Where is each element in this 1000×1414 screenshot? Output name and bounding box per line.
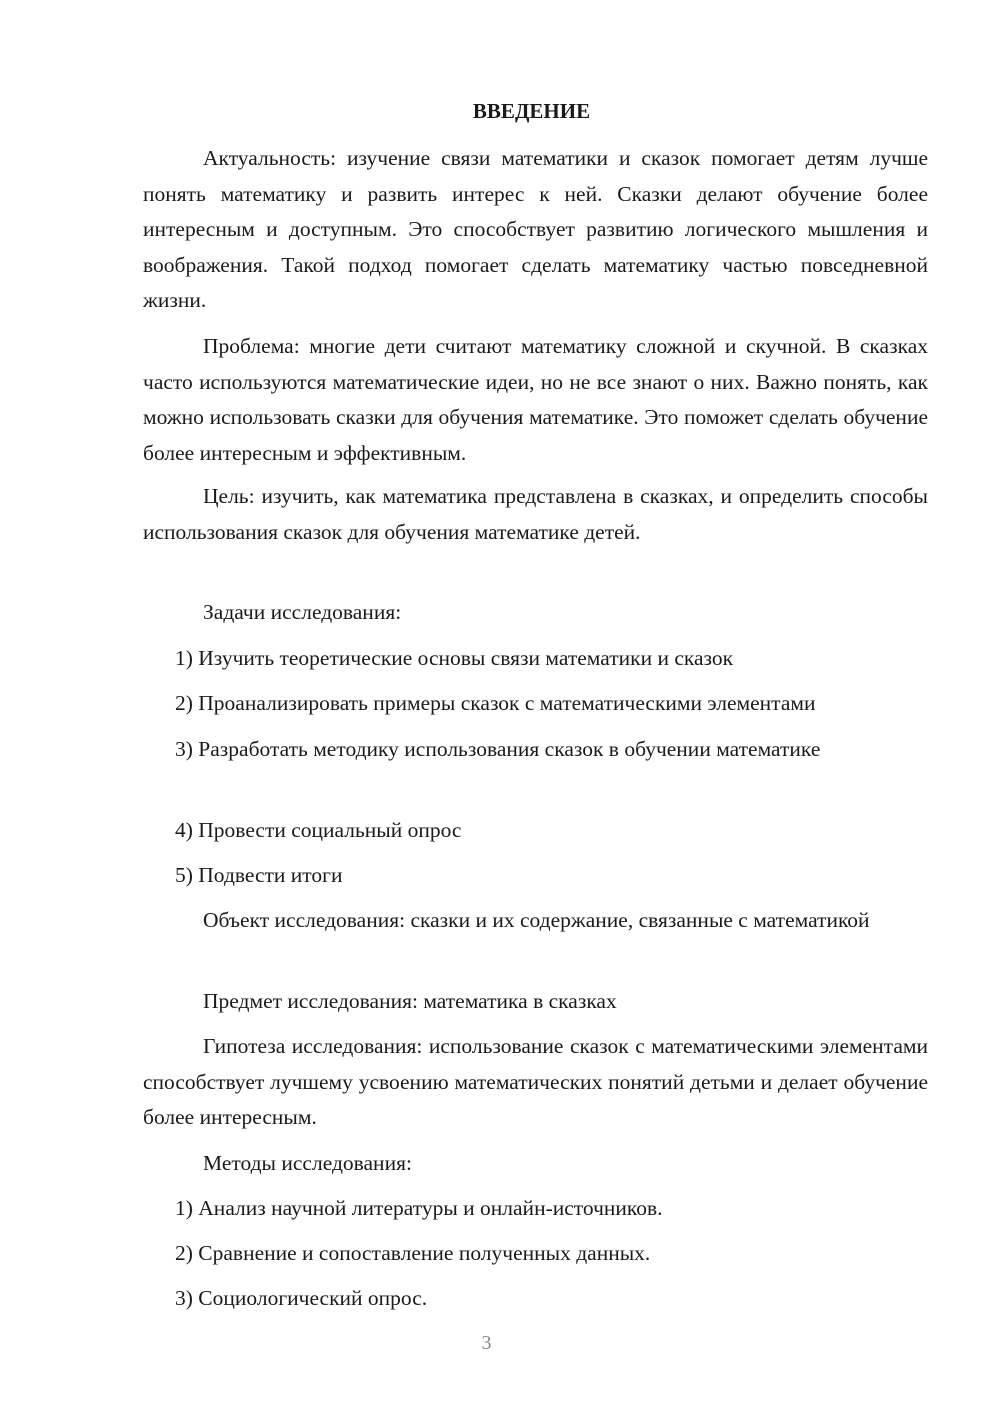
object-paragraph: Объект исследования: сказки и их содержа… [143, 903, 928, 939]
task-item: 1) Изучить теоретические основы связи ма… [175, 641, 928, 677]
task-item: 3) Разработать методику использования ск… [143, 732, 928, 768]
subject-paragraph: Предмет исследования: математика в сказк… [143, 984, 928, 1020]
methods-heading: Методы исследования: [143, 1146, 928, 1182]
problem-paragraph: Проблема: многие дети считают математику… [143, 329, 928, 471]
page-number: 3 [94, 1332, 879, 1355]
method-item: 1) Анализ научной литературы и онлайн-ис… [175, 1191, 928, 1227]
tasks-heading: Задачи исследования: [143, 595, 928, 631]
page-title: ВВЕДЕНИЕ [139, 97, 924, 125]
hypothesis-paragraph: Гипотеза исследования: использование ска… [143, 1029, 928, 1136]
task-item: 2) Проанализировать примеры сказок с мат… [175, 686, 928, 722]
task-item: 4) Провести социальный опрос [175, 813, 928, 849]
method-item: 2) Сравнение и сопоставление полученных … [175, 1236, 928, 1272]
relevance-paragraph: Актуальность: изучение связи математики … [143, 141, 928, 319]
task-item: 5) Подвести итоги [175, 858, 928, 894]
method-item: 3) Социологический опрос. [175, 1281, 928, 1317]
goal-paragraph: Цель: изучить, как математика представле… [143, 479, 928, 550]
